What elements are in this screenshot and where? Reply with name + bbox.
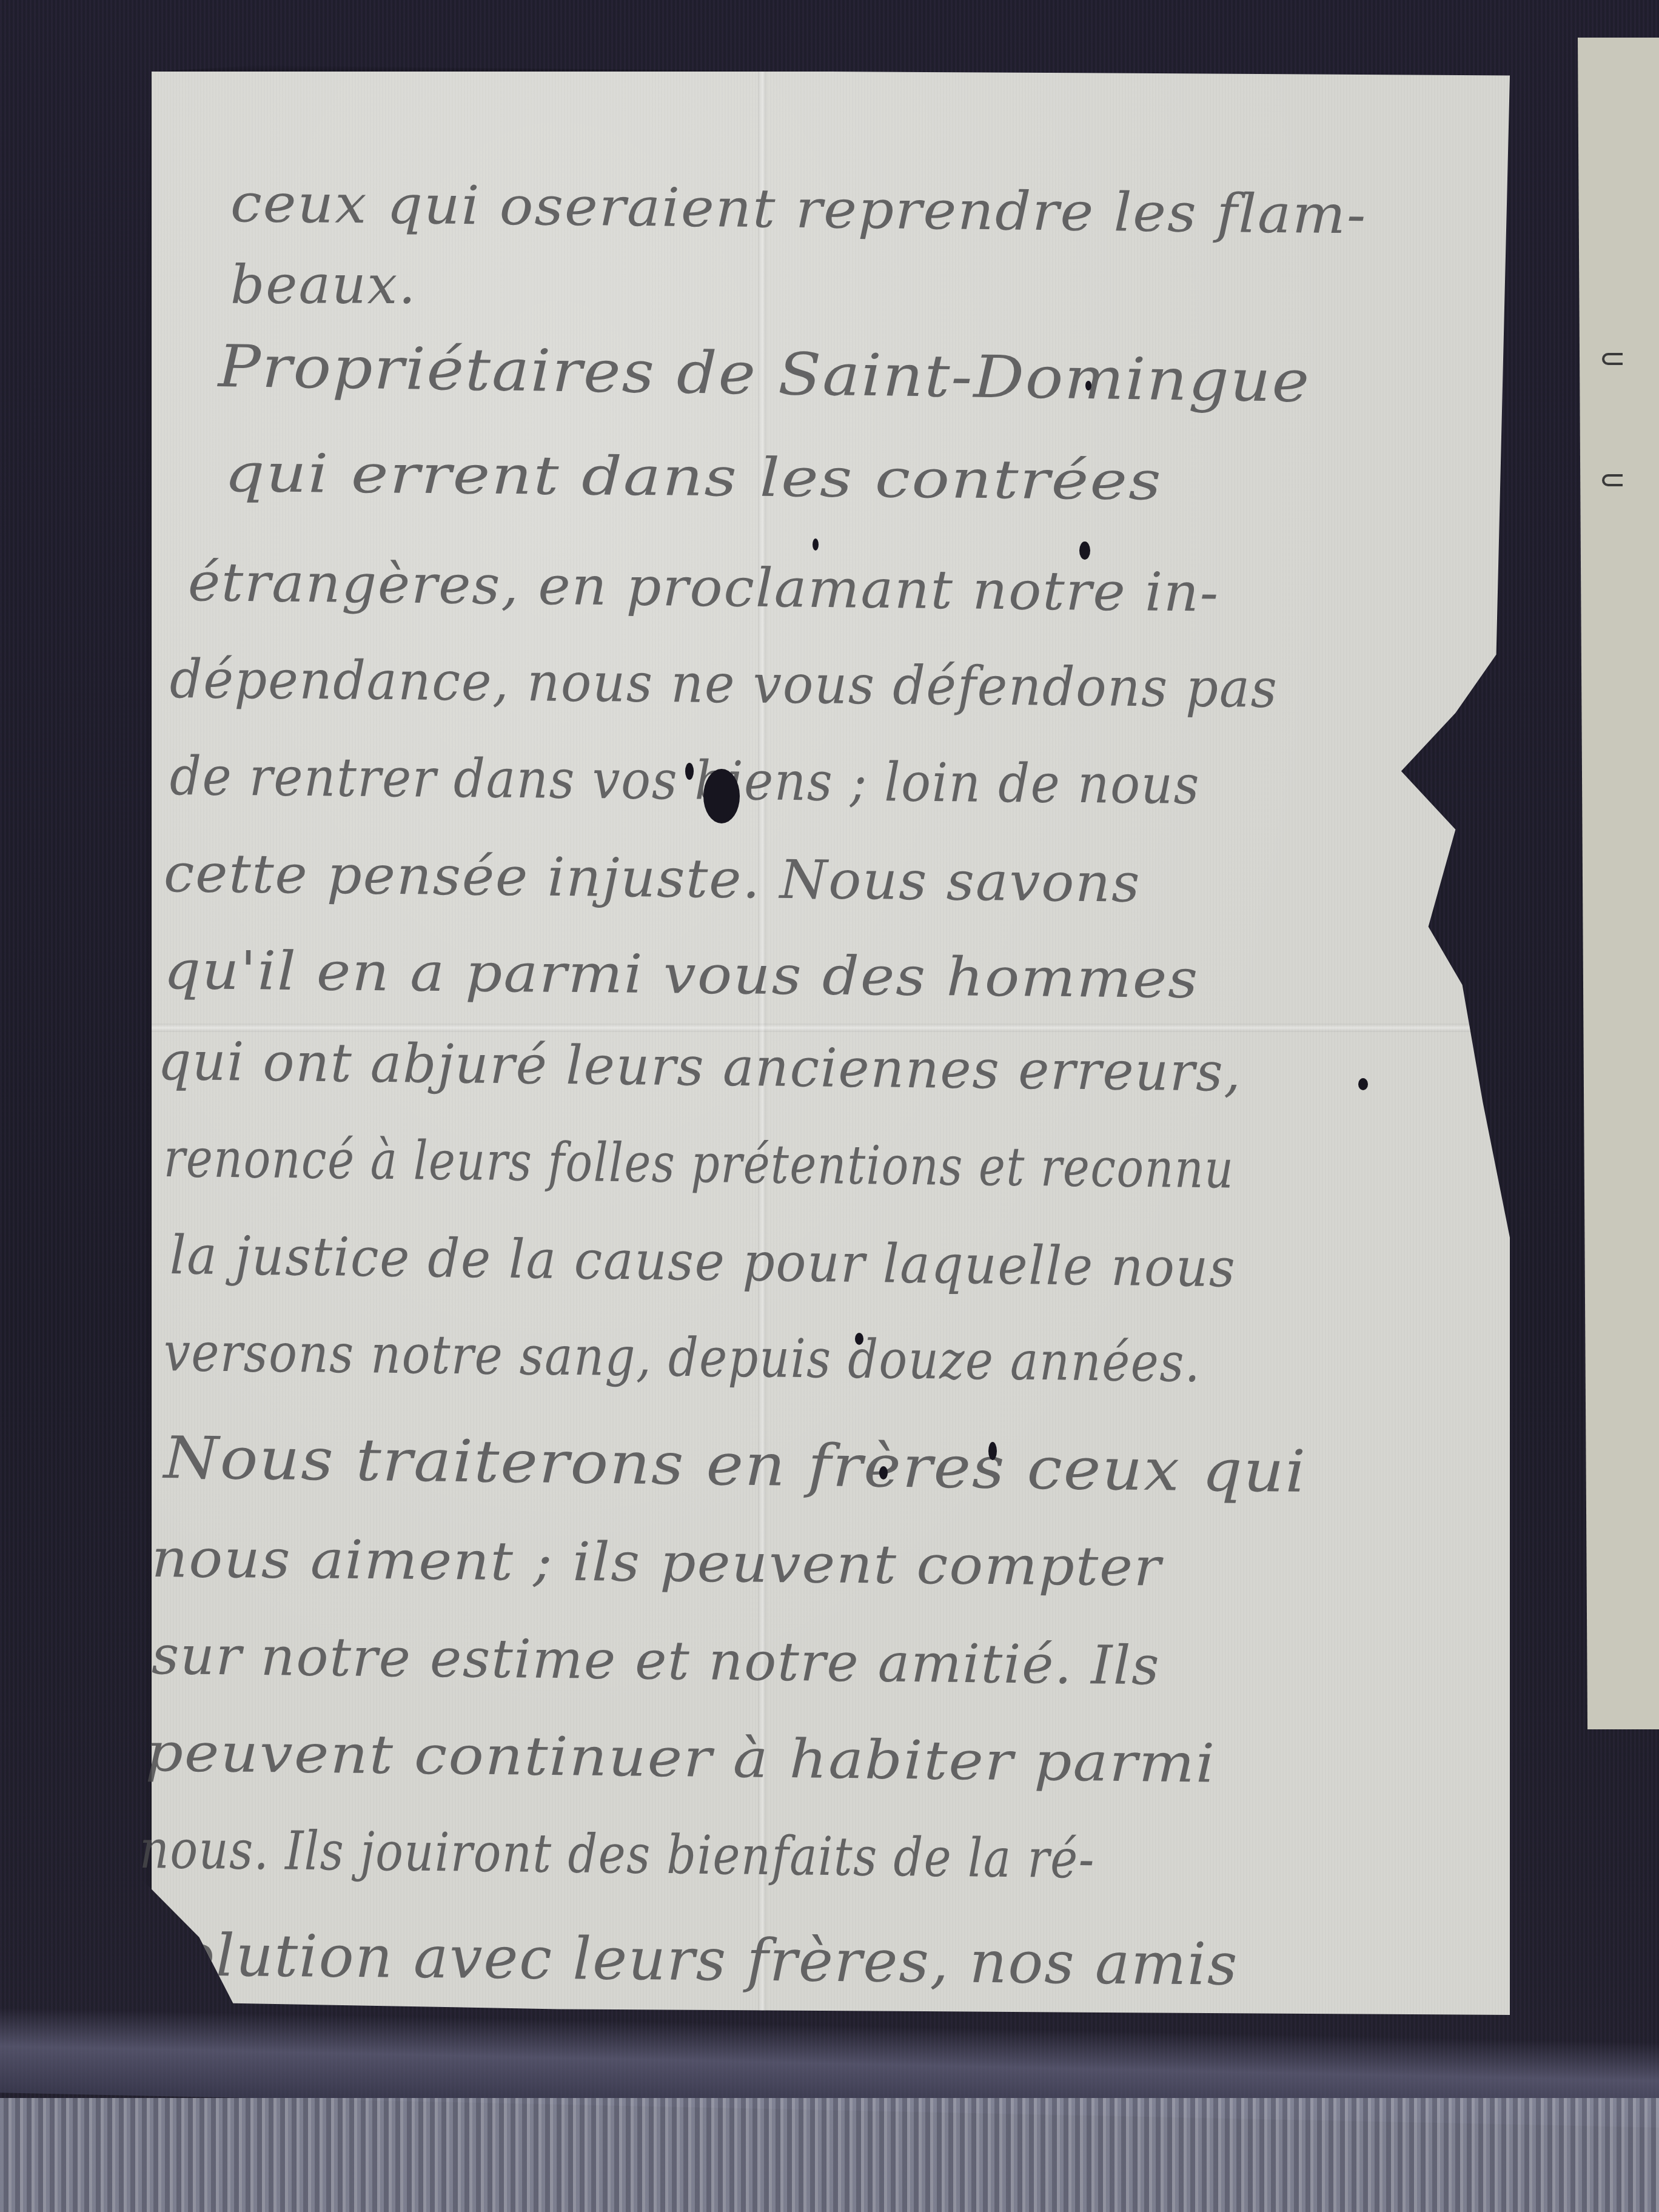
text-line: versons notre sang, depuis douze années. <box>163 1321 1201 1394</box>
ink-spot <box>685 763 694 780</box>
text-line: de rentrer dans vos biens ; loin de nous <box>170 745 1201 816</box>
text-line: qu'il en a parmi vous des hommes <box>164 939 1199 1010</box>
text-line: Propriétaires de Saint-Domingue <box>218 332 1311 415</box>
ink-stroke <box>1602 474 1623 486</box>
ink-stroke <box>1602 353 1623 365</box>
text-line: qui ont abjuré leurs anciennes erreurs, <box>157 1030 1242 1104</box>
text-line: la justice de la cause pour laquelle nou… <box>169 1224 1236 1299</box>
ink-blot <box>703 769 740 823</box>
ink-spot <box>988 1442 997 1460</box>
background-surface <box>0 2098 1659 2212</box>
text-line: sur notre estime et notre amitié. Ils <box>151 1624 1160 1697</box>
text-line: renoncé à leurs folles prétentions et re… <box>163 1127 1235 1200</box>
text-line: étrangères, en proclamant notre in- <box>187 551 1219 624</box>
ink-spot <box>1085 381 1091 390</box>
ink-spot <box>1358 1078 1368 1090</box>
ink-spot <box>813 538 819 551</box>
handwritten-text: ceux qui oseraient reprendre les flam- b… <box>152 72 1510 2015</box>
ink-spot <box>879 1466 888 1480</box>
text-line: nous aiment ; ils peuvent compter <box>152 1527 1162 1598</box>
text-line: cette pensée injuste. Nous savons <box>163 842 1141 914</box>
text-line: dépendance, nous ne vous défendons pas <box>170 648 1278 720</box>
text-line: qui errent dans les contrées <box>224 441 1163 512</box>
text-line: ceux qui oseraient reprendre les flam- <box>230 172 1367 246</box>
manuscript-page: ceux qui oseraient reprendre les flam- b… <box>152 72 1510 2015</box>
text-line: nous. Ils jouiront des bienfaits de la r… <box>139 1818 1095 1891</box>
ink-spot <box>1079 541 1090 560</box>
text-line: volution avec leurs frères, nos amis <box>146 1921 1239 1999</box>
text-line: peuvent continuer à habiter parmi <box>145 1721 1216 1794</box>
text-line: Nous traiterons en frères ceux qui <box>163 1424 1307 1506</box>
text-line: beaux. <box>230 253 417 316</box>
adjacent-document <box>1578 38 1659 1729</box>
ink-spot <box>855 1333 863 1345</box>
